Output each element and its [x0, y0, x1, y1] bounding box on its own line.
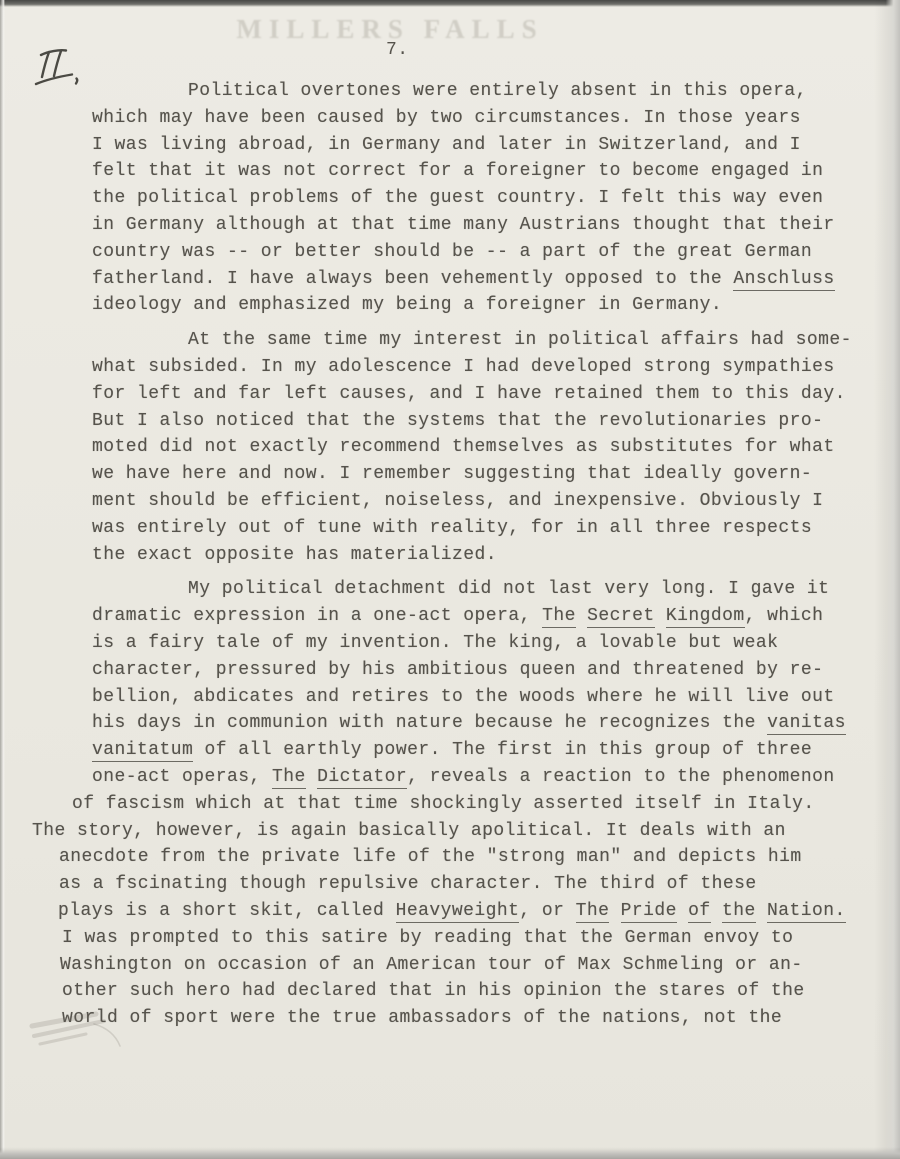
scan-edge-left	[0, 0, 5, 1159]
text-line: world of sport were the true ambassadors…	[62, 1005, 862, 1032]
text-line: The story, however, is again basically a…	[32, 818, 862, 845]
text-line: My political detachment did not last ver…	[188, 576, 862, 603]
text-segment: in Germany although at that time many Au…	[92, 215, 835, 235]
text-segment: as a fscinating though repulsive charact…	[59, 874, 757, 894]
text-segment: we have here and now. I remember suggest…	[92, 464, 812, 484]
underlined-title: Nation.	[767, 901, 846, 923]
text-line: vanitatum of all earthly power. The firs…	[92, 737, 862, 764]
text-segment: other such hero had declared that in his…	[62, 981, 805, 1001]
text-line: is a fairy tale of my invention. The kin…	[92, 630, 862, 657]
typewritten-manuscript-page: MILLERS FALLS 7. Political overtones wer…	[0, 0, 900, 1159]
handwritten-numeral-ii	[32, 45, 90, 95]
text-line: other such hero had declared that in his…	[62, 978, 862, 1005]
pencil-smudge	[24, 1008, 134, 1056]
text-segment: which may have been caused by two circum…	[92, 108, 801, 128]
paragraph: Political overtones were entirely absent…	[92, 78, 862, 319]
text-segment	[677, 901, 688, 921]
underlined-title: Secret	[587, 606, 655, 628]
text-segment: the political problems of the guest coun…	[92, 188, 823, 208]
text-line: anecdote from the private life of the "s…	[59, 844, 862, 871]
text-segment: country was -- or better should be -- a …	[92, 242, 812, 262]
text-segment: felt that it was not correct for a forei…	[92, 161, 823, 181]
text-segment: Political overtones were entirely absent…	[188, 81, 807, 101]
text-segment: My political detachment did not last ver…	[188, 579, 829, 599]
underlined-title: the	[722, 901, 756, 923]
text-segment: , which	[745, 606, 824, 626]
underlined-title: Anschluss	[733, 269, 834, 291]
underlined-title: Dictator	[317, 767, 407, 789]
text-line: country was -- or better should be -- a …	[92, 239, 862, 266]
text-segment: At the same time my interest in politica…	[188, 330, 852, 350]
text-line: one-act operas, The Dictator, reveals a …	[92, 764, 862, 791]
text-segment: ideology and emphasized my being a forei…	[92, 295, 722, 315]
text-segment: plays is a short skit, called	[58, 901, 396, 921]
text-line: the political problems of the guest coun…	[92, 185, 862, 212]
text-segment: of all earthly power. The first in this …	[193, 740, 812, 760]
text-segment: , reveals a reaction to the phenomenon	[407, 767, 835, 787]
text-segment: , or	[519, 901, 575, 921]
text-line: I was prompted to this satire by reading…	[62, 925, 862, 952]
text-segment	[576, 606, 587, 626]
underlined-title: The	[272, 767, 306, 789]
scan-edge-bottom	[0, 1147, 900, 1159]
text-line: Political overtones were entirely absent…	[188, 78, 862, 105]
text-line: moted did not exactly recommend themselv…	[92, 434, 862, 461]
text-segment: bellion, abdicates and retires to the wo…	[92, 687, 835, 707]
underlined-title: vanitas	[767, 713, 846, 735]
text-line: character, pressured by his ambitious qu…	[92, 657, 862, 684]
text-segment	[711, 901, 722, 921]
text-segment: anecdote from the private life of the "s…	[59, 847, 802, 867]
text-segment: ment should be efficient, noiseless, and…	[92, 491, 823, 511]
text-segment: world of sport were the true ambassadors…	[62, 1008, 782, 1028]
text-line: what subsided. In my adolescence I had d…	[92, 354, 862, 381]
text-line: for left and far left causes, and I have…	[92, 381, 862, 408]
text-segment: his days in communion with nature becaus…	[92, 713, 767, 733]
text-line: of fascism which at that time shockingly…	[72, 791, 862, 818]
text-segment: dramatic expression in a one-act opera,	[92, 606, 542, 626]
underlined-title: Kingdom	[666, 606, 745, 628]
text-segment: Washington on occasion of an American to…	[60, 955, 803, 975]
page-number: 7.	[386, 40, 409, 60]
text-segment: But I also noticed that the systems that…	[92, 411, 823, 431]
text-line: Washington on occasion of an American to…	[60, 952, 862, 979]
underlined-title: Pride	[621, 901, 677, 923]
text-segment: I was prompted to this satire by reading…	[62, 928, 793, 948]
text-line: felt that it was not correct for a forei…	[92, 158, 862, 185]
text-line: fatherland. I have always been vehementl…	[92, 266, 862, 293]
text-line: bellion, abdicates and retires to the wo…	[92, 684, 862, 711]
text-line: I was living abroad, in Germany and late…	[92, 132, 862, 159]
text-line: ment should be efficient, noiseless, and…	[92, 488, 862, 515]
text-block: Political overtones were entirely absent…	[92, 78, 862, 1032]
text-segment: moted did not exactly recommend themselv…	[92, 437, 835, 457]
text-segment	[609, 901, 620, 921]
text-line: the exact opposite has materialized.	[92, 542, 862, 569]
text-line: which may have been caused by two circum…	[92, 105, 862, 132]
underlined-title: Heavyweight	[396, 901, 520, 923]
text-line: his days in communion with nature becaus…	[92, 710, 862, 737]
text-line: dramatic expression in a one-act opera, …	[92, 603, 862, 630]
text-segment: for left and far left causes, and I have…	[92, 384, 846, 404]
scan-edge-right	[874, 0, 900, 1159]
underlined-title: of	[688, 901, 711, 923]
underlined-title: The	[576, 901, 610, 923]
paragraph: At the same time my interest in politica…	[92, 327, 862, 568]
text-segment: I was living abroad, in Germany and late…	[92, 135, 801, 155]
underlined-title: vanitatum	[92, 740, 193, 762]
text-line: was entirely out of tune with reality, f…	[92, 515, 862, 542]
text-segment: is a fairy tale of my invention. The kin…	[92, 633, 778, 653]
text-line: as a fscinating though repulsive charact…	[59, 871, 862, 898]
text-line: we have here and now. I remember suggest…	[92, 461, 862, 488]
text-line: At the same time my interest in politica…	[188, 327, 862, 354]
text-line: plays is a short skit, called Heavyweigh…	[58, 898, 862, 925]
text-line: ideology and emphasized my being a forei…	[92, 292, 862, 319]
paragraph: My political detachment did not last ver…	[92, 576, 862, 1032]
text-segment: of fascism which at that time shockingly…	[72, 794, 815, 814]
text-segment	[655, 606, 666, 626]
text-line: But I also noticed that the systems that…	[92, 408, 862, 435]
text-segment: one-act operas,	[92, 767, 272, 787]
text-segment: fatherland. I have always been vehementl…	[92, 269, 733, 289]
text-segment: the exact opposite has materialized.	[92, 545, 497, 565]
text-segment	[756, 901, 767, 921]
text-segment: The story, however, is again basically a…	[32, 821, 786, 841]
scan-edge-top	[0, 0, 900, 7]
text-segment: character, pressured by his ambitious qu…	[92, 660, 823, 680]
text-segment	[306, 767, 317, 787]
text-segment: was entirely out of tune with reality, f…	[92, 518, 812, 538]
text-line: in Germany although at that time many Au…	[92, 212, 862, 239]
underlined-title: The	[542, 606, 576, 628]
text-segment: what subsided. In my adolescence I had d…	[92, 357, 835, 377]
